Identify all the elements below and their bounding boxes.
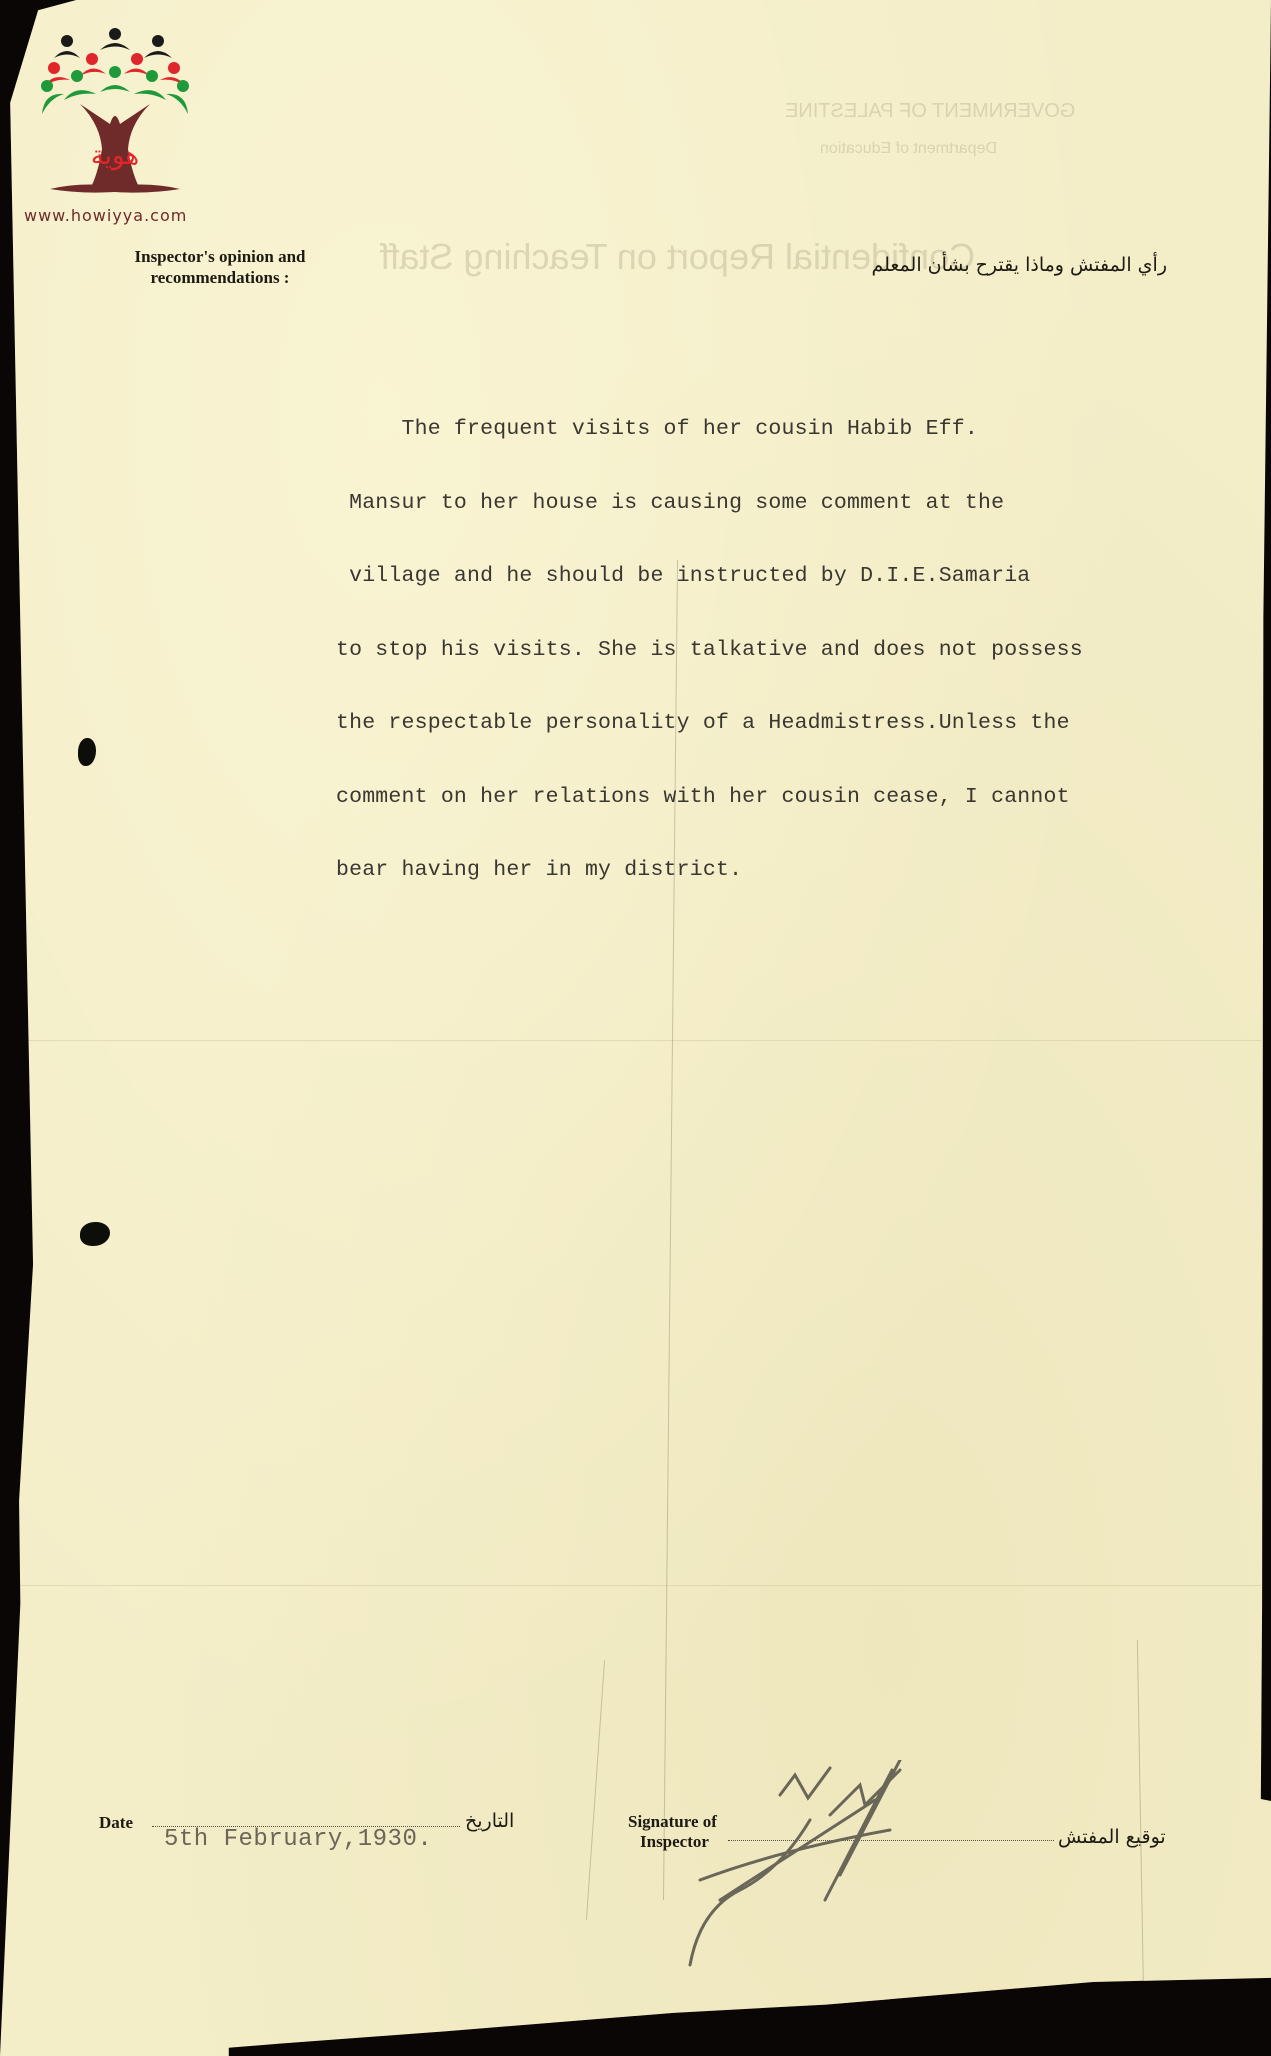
date-value: 5th February,1930.	[164, 1826, 432, 1853]
report-line: to stop his visits. She is talkative and…	[336, 638, 1216, 663]
opinion-label-en: Inspector's opinion and recommendations …	[100, 246, 340, 288]
handwritten-signature-icon	[660, 1760, 990, 1990]
report-line: village and he should be instructed by D…	[336, 564, 1216, 589]
watermark-url[interactable]: www.howiyya.com	[24, 206, 187, 225]
date-label: Date	[99, 1813, 133, 1833]
howiyya-tree-logo-icon: هوية	[40, 24, 190, 204]
signature-label-ar: توقيع المفتش	[1058, 1826, 1166, 1848]
document-page: GOVERNMENT OF PALESTINE Department of Ed…	[0, 0, 1271, 2056]
report-line: Mansur to her house is causing some comm…	[336, 491, 1216, 516]
show-through-text: Department of Education	[820, 140, 997, 158]
opinion-label-ar: رأي المفتش وماذا يقترح بشأن المعلم	[871, 254, 1167, 276]
fold-line	[20, 1585, 1261, 1586]
report-line: bear having her in my district.	[336, 858, 1216, 883]
report-line: The frequent visits of her cousin Habib …	[336, 417, 1216, 442]
report-line: the respectable personality of a Headmis…	[336, 711, 1216, 736]
paper-texture	[0, 0, 1271, 2056]
fold-line	[20, 1040, 1261, 1041]
report-line: comment on her relations with her cousin…	[336, 785, 1216, 810]
date-label-ar: التاريخ	[465, 1810, 514, 1832]
show-through-text: GOVERNMENT OF PALESTINE	[785, 100, 1075, 123]
svg-text:هوية: هوية	[91, 141, 139, 171]
typed-report-text: The frequent visits of her cousin Habib …	[336, 368, 1216, 932]
